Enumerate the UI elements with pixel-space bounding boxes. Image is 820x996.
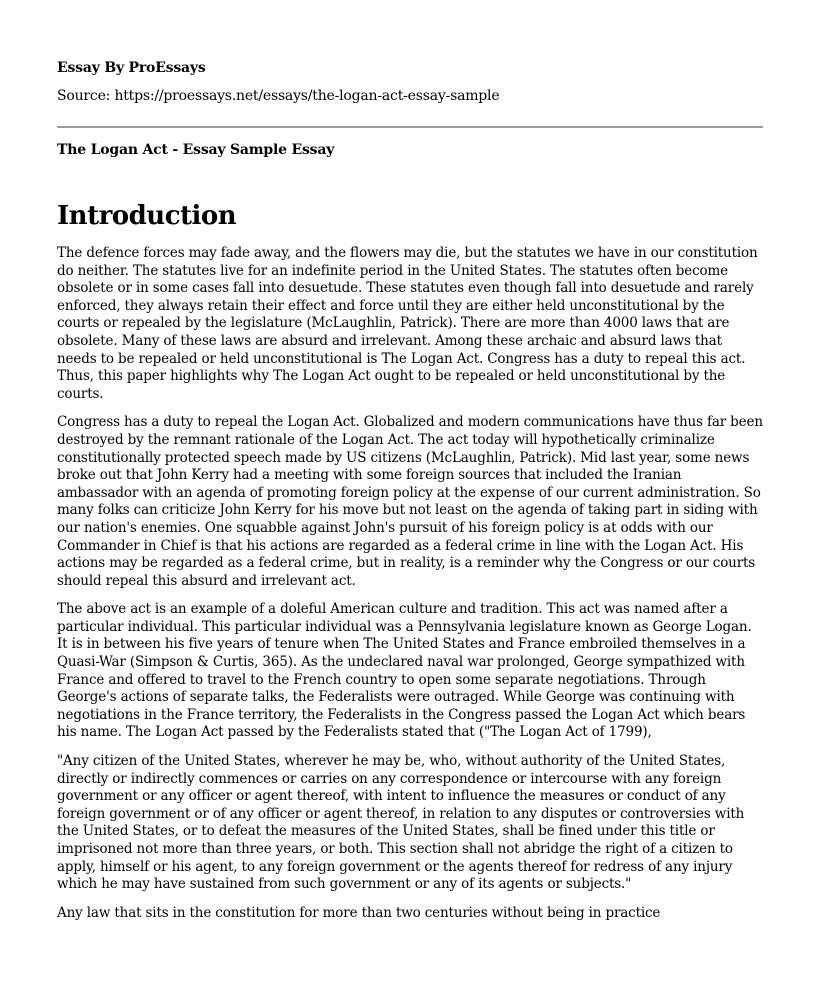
source-url: https://proessays.net/essays/the-logan-a… xyxy=(114,88,499,104)
divider-rule xyxy=(57,126,763,128)
essay-paragraph: Any law that sits in the constitution fo… xyxy=(57,905,763,923)
essay-paragraph: The above act is an example of a doleful… xyxy=(57,601,763,742)
source-line: Source: https://proessays.net/essays/the… xyxy=(57,87,763,105)
introduction-heading: Introduction xyxy=(57,202,763,230)
essay-paragraph-quote: "Any citizen of the United States, where… xyxy=(57,753,763,894)
essay-body: The defence forces may fade away, and th… xyxy=(57,245,763,922)
essay-paragraph: Congress has a duty to repeal the Logan … xyxy=(57,414,763,590)
essay-paragraph: The defence forces may fade away, and th… xyxy=(57,245,763,403)
source-label: Source: xyxy=(57,88,110,104)
publisher-line: Essay By ProEssays xyxy=(57,59,763,77)
document-page: Essay By ProEssays Source: https://proes… xyxy=(0,0,820,996)
document-title: The Logan Act - Essay Sample Essay xyxy=(57,141,763,159)
